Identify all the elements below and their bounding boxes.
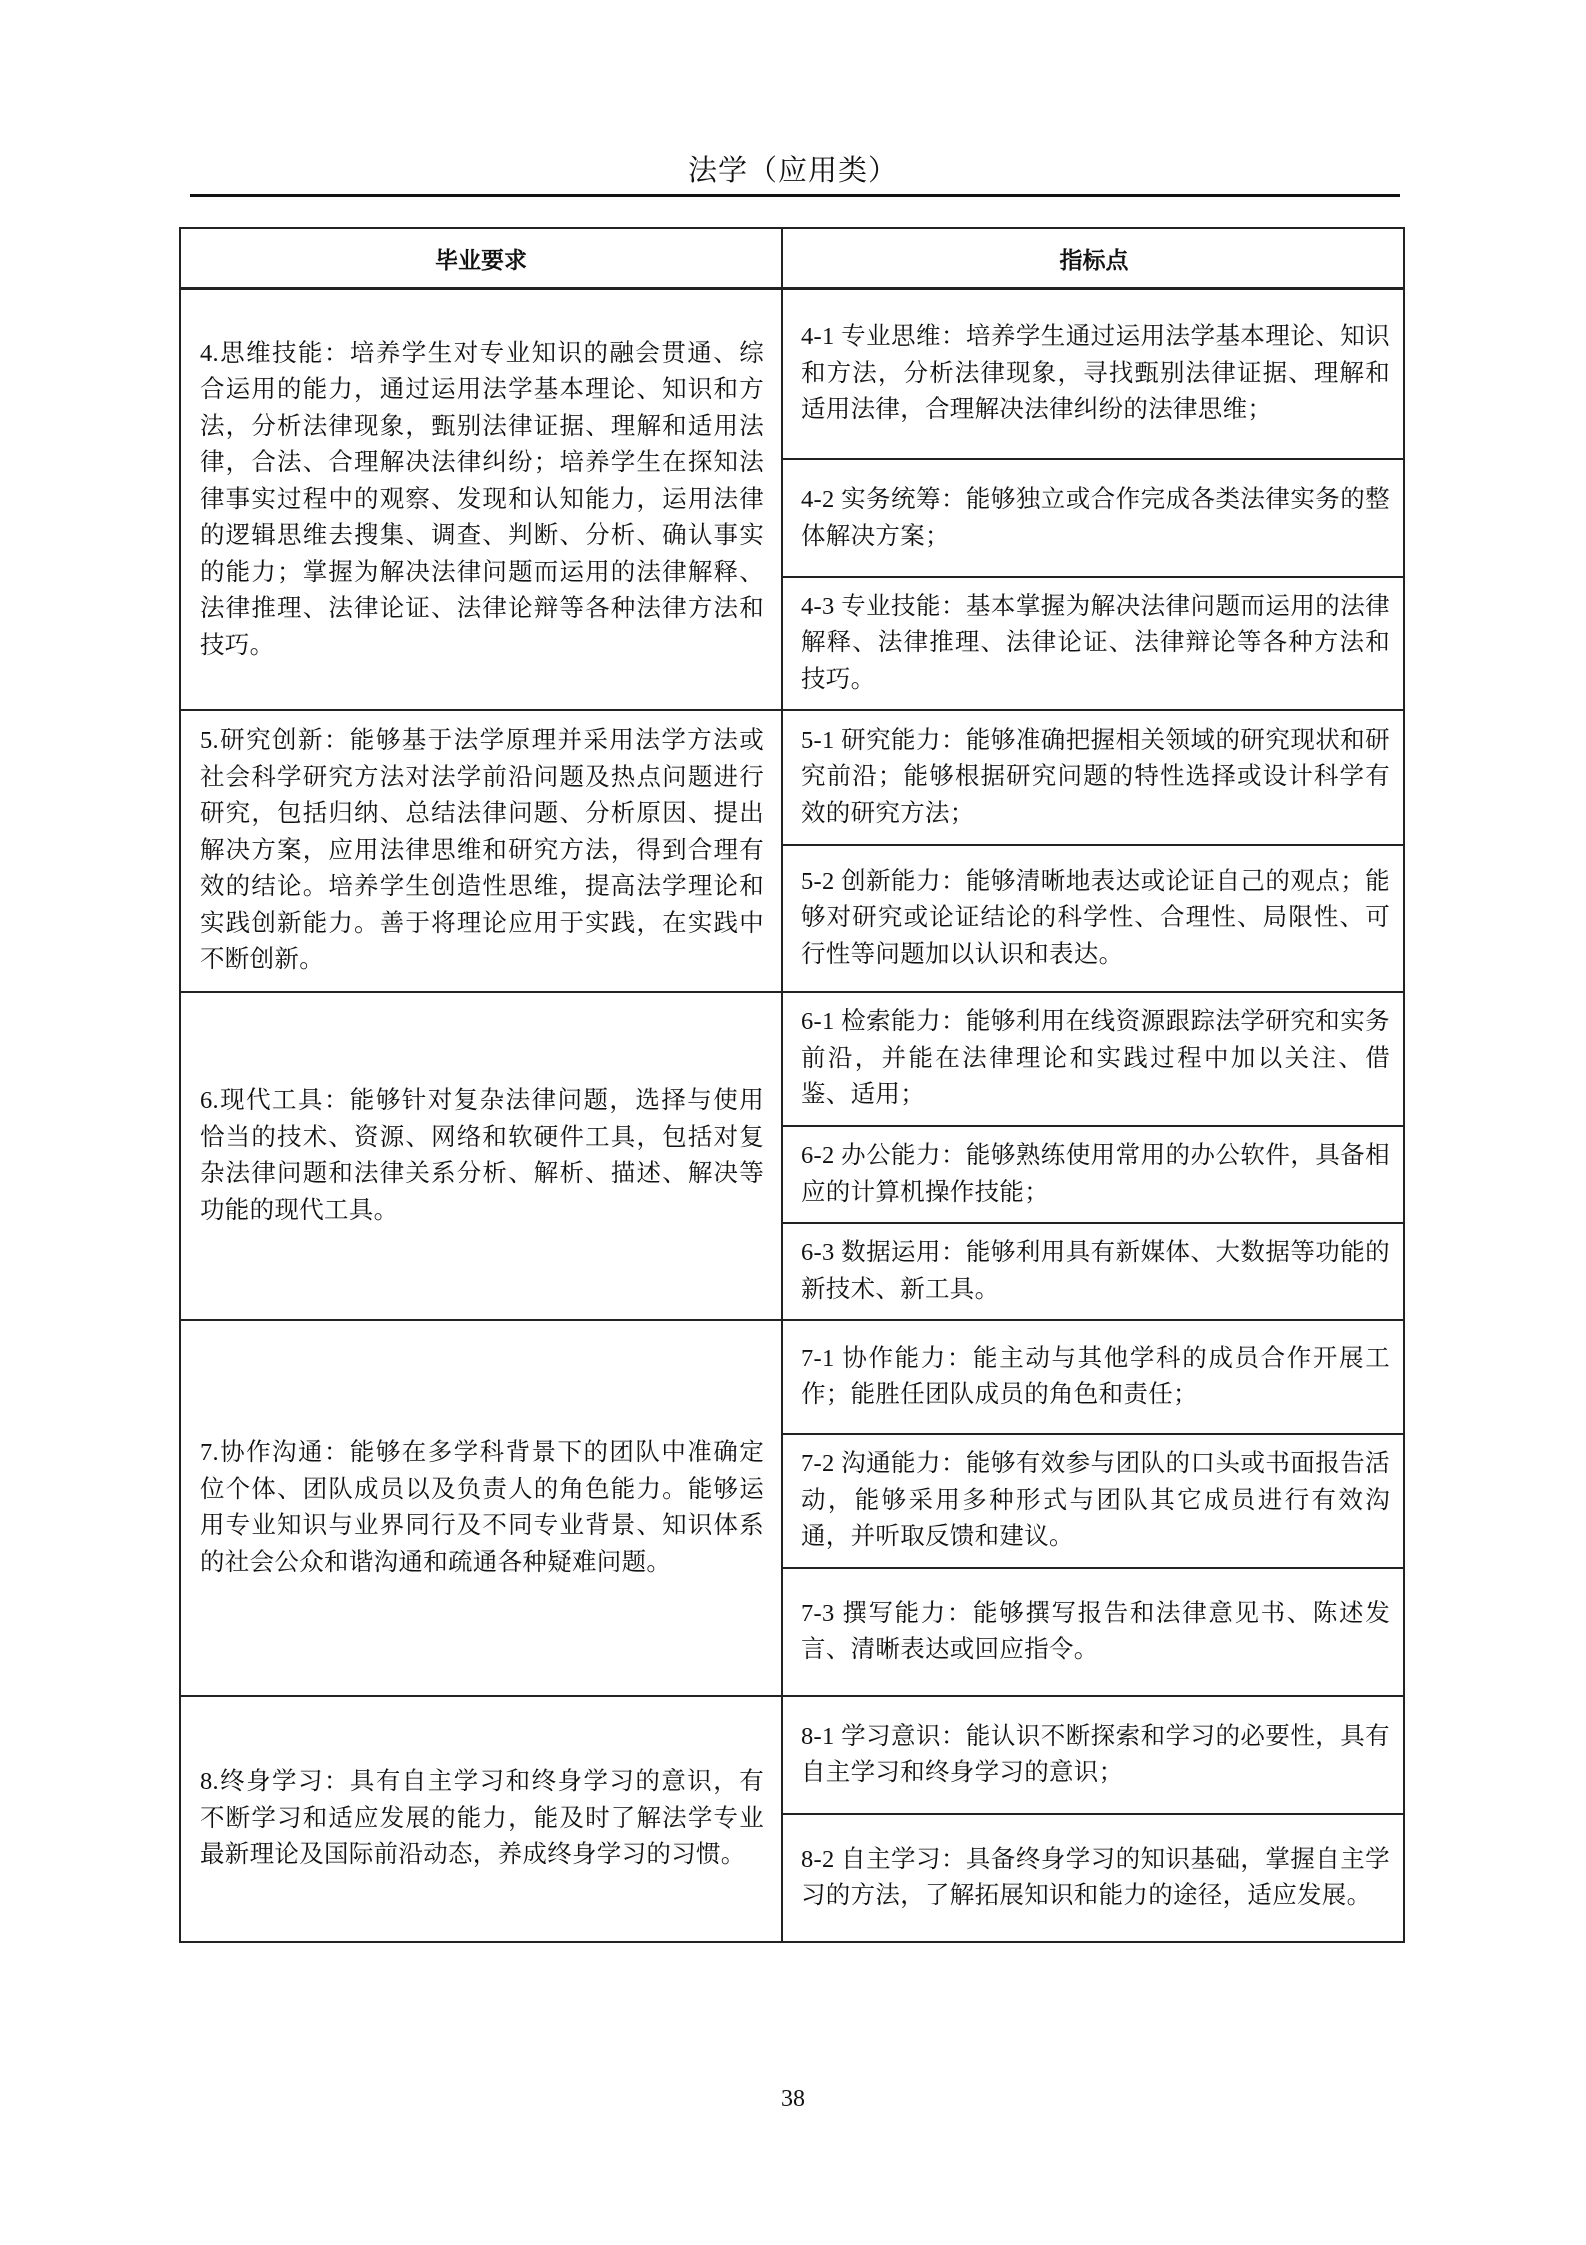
requirement-cell-5: 5.研究创新：能够基于法学原理并采用法学方法或社会科学研究方法对法学前沿问题及热… <box>181 711 781 991</box>
indicator-text: 6-3 数据运用：能够利用具有新媒体、大数据等功能的新技术、新工具。 <box>801 1235 1390 1308</box>
indicator-cell-7-1: 7-1 协作能力：能主动与其他学科的成员合作开展工作；能胜任团队成员的角色和责任… <box>783 1321 1405 1433</box>
graduation-requirements-table: 毕业要求 指标点 4.思维技能：培养学生对专业知识的融会贯通、综合运用的能力，通… <box>179 227 1405 1943</box>
requirement-cell-6: 6.现代工具：能够针对复杂法律问题，选择与使用恰当的技术、资源、网络和软硬件工具… <box>181 993 781 1319</box>
indicator-cell-5-2: 5-2 创新能力：能够清晰地表达或论证自己的观点；能够对研究或论证结论的科学性、… <box>783 846 1405 991</box>
indicator-cell-5-1: 5-1 研究能力：能够准确把握相关领域的研究现状和研究前沿；能够根据研究问题的特… <box>783 711 1405 844</box>
indicator-cell-4-2: 4-2 实务统筹：能够独立或合作完成各类法律实务的整体解决方案； <box>783 460 1405 577</box>
indicator-text: 7-1 协作能力：能主动与其他学科的成员合作开展工作；能胜任团队成员的角色和责任… <box>801 1341 1390 1414</box>
requirement-text: 7.协作沟通：能够在多学科背景下的团队中准确定位个体、团队成员以及负责人的角色能… <box>200 1435 764 1581</box>
indicator-cell-6-3: 6-3 数据运用：能够利用具有新媒体、大数据等功能的新技术、新工具。 <box>783 1224 1405 1319</box>
indicator-cell-7-3: 7-3 撰写能力：能够撰写报告和法律意见书、陈述发言、清晰表达或回应指令。 <box>783 1569 1405 1695</box>
indicator-cell-6-2: 6-2 办公能力：能够熟练使用常用的办公软件，具备相应的计算机操作技能； <box>783 1127 1405 1222</box>
indicator-text: 7-3 撰写能力：能够撰写报告和法律意见书、陈述发言、清晰表达或回应指令。 <box>801 1596 1390 1669</box>
indicator-text: 4-3 专业技能：基本掌握为解决法律问题而运用的法律解释、法律推理、法律论证、法… <box>801 589 1390 699</box>
requirement-cell-8: 8.终身学习：具有自主学习和终身学习的意识，有不断学习和适应发展的能力，能及时了… <box>181 1697 781 1941</box>
indicator-cell-8-2: 8-2 自主学习：具备终身学习的知识基础，掌握自主学习的方法，了解拓展知识和能力… <box>783 1815 1405 1941</box>
requirement-text: 8.终身学习：具有自主学习和终身学习的意识，有不断学习和适应发展的能力，能及时了… <box>200 1764 764 1874</box>
indicator-cell-6-1: 6-1 检索能力：能够利用在线资源跟踪法学研究和实务前沿，并能在法律理论和实践过… <box>783 993 1405 1125</box>
indicator-text: 5-1 研究能力：能够准确把握相关领域的研究现状和研究前沿；能够根据研究问题的特… <box>801 723 1390 833</box>
indicator-text: 6-2 办公能力：能够熟练使用常用的办公软件，具备相应的计算机操作技能； <box>801 1138 1390 1211</box>
indicator-cell-4-3: 4-3 专业技能：基本掌握为解决法律问题而运用的法律解释、法律推理、法律论证、法… <box>783 578 1405 709</box>
indicator-text: 6-1 检索能力：能够利用在线资源跟踪法学研究和实务前沿，并能在法律理论和实践过… <box>801 1004 1390 1114</box>
indicator-text: 8-2 自主学习：具备终身学习的知识基础，掌握自主学习的方法，了解拓展知识和能力… <box>801 1842 1390 1915</box>
page-header-title: 法学（应用类） <box>0 148 1586 189</box>
indicator-text: 4-1 专业思维：培养学生通过运用法学基本理论、知识和方法，分析法律现象，寻找甄… <box>801 319 1390 429</box>
indicator-cell-7-2: 7-2 沟通能力：能够有效参与团队的口头或书面报告活动，能够采用多种形式与团队其… <box>783 1435 1405 1567</box>
requirement-cell-4: 4.思维技能：培养学生对专业知识的融会贯通、综合运用的能力，通过运用法学基本理论… <box>181 290 781 710</box>
indicator-text: 4-2 实务统筹：能够独立或合作完成各类法律实务的整体解决方案； <box>801 482 1390 555</box>
requirement-text: 5.研究创新：能够基于法学原理并采用法学方法或社会科学研究方法对法学前沿问题及热… <box>200 723 764 979</box>
requirement-cell-7: 7.协作沟通：能够在多学科背景下的团队中准确定位个体、团队成员以及负责人的角色能… <box>181 1321 781 1695</box>
header-rule <box>190 194 1400 197</box>
indicator-text: 5-2 创新能力：能够清晰地表达或论证自己的观点；能够对研究或论证结论的科学性、… <box>801 864 1390 974</box>
indicator-cell-4-1: 4-1 专业思维：培养学生通过运用法学基本理论、知识和方法，分析法律现象，寻找甄… <box>783 290 1405 458</box>
indicator-cell-8-1: 8-1 学习意识：能认识不断探索和学习的必要性，具有自主学习和终身学习的意识； <box>783 1697 1405 1813</box>
indicator-text: 8-1 学习意识：能认识不断探索和学习的必要性，具有自主学习和终身学习的意识； <box>801 1719 1390 1792</box>
column-header-requirement: 毕业要求 <box>181 229 781 288</box>
requirement-text: 4.思维技能：培养学生对专业知识的融会贯通、综合运用的能力，通过运用法学基本理论… <box>200 336 764 665</box>
requirement-text: 6.现代工具：能够针对复杂法律问题，选择与使用恰当的技术、资源、网络和软硬件工具… <box>200 1083 764 1229</box>
indicator-text: 7-2 沟通能力：能够有效参与团队的口头或书面报告活动，能够采用多种形式与团队其… <box>801 1446 1390 1556</box>
column-header-indicator: 指标点 <box>783 229 1405 288</box>
page-number: 38 <box>0 2086 1586 2113</box>
